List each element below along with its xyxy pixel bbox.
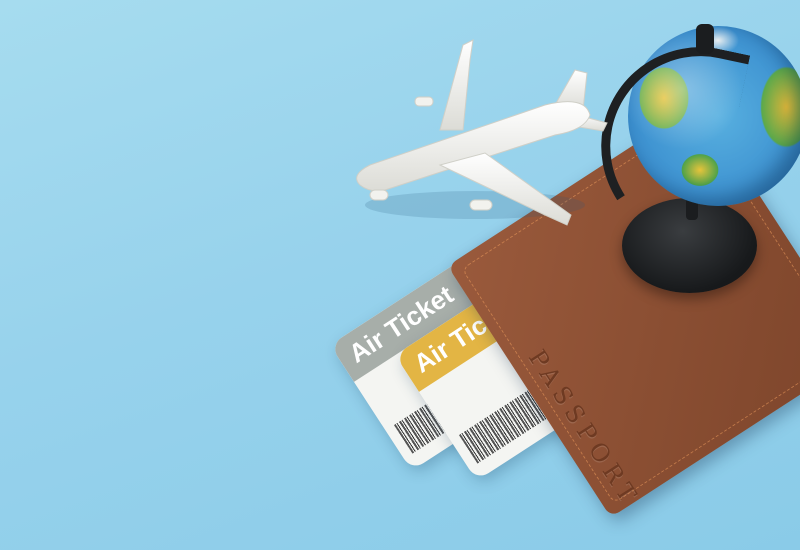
globe-cap (696, 24, 714, 54)
airplane-icon (345, 35, 615, 235)
travel-scene: Air Ticket FIRST CLASS GATE BO Air Ticke… (0, 0, 800, 550)
